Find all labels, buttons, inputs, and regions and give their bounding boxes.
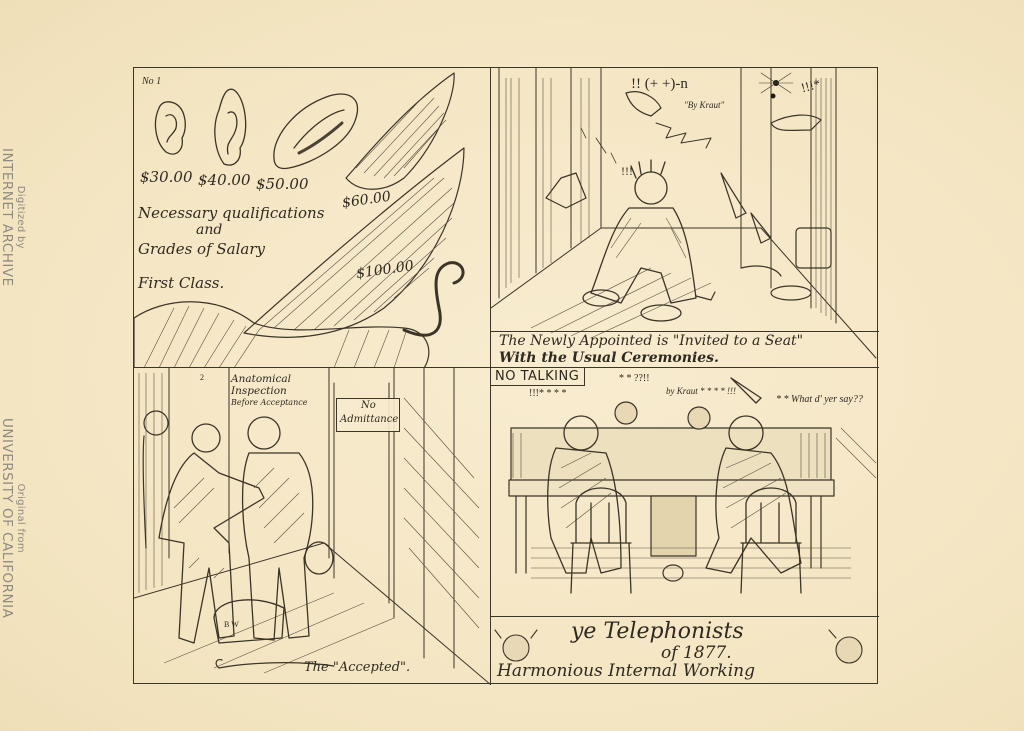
watermark-internet-archive-label: INTERNET ARCHIVE xyxy=(0,148,15,287)
ear-donkey-60-icon xyxy=(346,73,454,189)
ear-small-icon xyxy=(155,102,185,154)
sign-left-line3: Before Acceptance xyxy=(231,398,307,407)
panel-invited-to-seat: !! (+ +)-n "By Kraut" !!! !!!* The Newly… xyxy=(491,68,879,368)
sign-right-line2: Admittance xyxy=(340,414,398,425)
sign-no-admittance: No Admittance xyxy=(336,398,400,432)
fallen-man-drawing xyxy=(583,160,715,321)
panel-number: No 1 xyxy=(142,76,161,87)
bag-letters: B W xyxy=(224,620,239,629)
price-30: $30.00 xyxy=(140,168,193,186)
first-class-text: First Class. xyxy=(138,274,224,292)
sign-left-line1: Anatomical xyxy=(231,373,291,385)
accepted-man-drawing xyxy=(243,417,333,640)
exclaim-middle: * * ??!! xyxy=(619,373,650,384)
what-d-yer-say: * * What d' yer say?? xyxy=(776,394,863,405)
exclaim-small: !!! xyxy=(621,164,633,179)
flying-shoe-icon xyxy=(626,92,661,116)
panel4-title-strip: ye Telephonists of 1877. Harmonious Inte… xyxy=(491,616,879,685)
corridor-scene-drawing xyxy=(491,68,879,368)
watermark-internet-archive: Digitized by INTERNET ARCHIVE xyxy=(0,148,26,287)
watermark-university-label: UNIVERSITY OF CALIFORNIA xyxy=(0,418,15,618)
telephonists-year: of 1877. xyxy=(661,643,732,663)
panel2-caption: The Newly Appointed is "Invited to a Sea… xyxy=(491,331,879,368)
exclaim-top: !! (+ +)-n xyxy=(631,76,688,93)
grades-of-salary-text: Grades of Salary xyxy=(138,240,265,258)
sign-anatomical-inspection: Anatomical Inspection Before Acceptance xyxy=(229,373,319,417)
by-kraut-label: by Kraut * * * * !!! xyxy=(666,386,736,396)
scanned-page: Digitized by INTERNET ARCHIVE Original f… xyxy=(0,0,1024,731)
panel-accepted: Anatomical Inspection Before Acceptance … xyxy=(134,368,491,685)
sign-left-line2: Inspection xyxy=(231,385,287,397)
panel-telephonists: NO TALKING !!!* * * * * * ??!! by Kraut … xyxy=(491,368,879,685)
exclaim-left: !!!* * * * xyxy=(529,388,567,399)
flying-boot-icon xyxy=(546,173,586,208)
price-50: $50.00 xyxy=(256,175,309,193)
peeking-man-drawing xyxy=(143,411,168,548)
flying-horn-icon xyxy=(771,115,821,130)
qualifications-text: Necessary qualifications xyxy=(138,204,324,222)
panel-salary-ears: No 1 $30.00 $40.00 $50.00 $60.00 $100.00… xyxy=(134,68,491,368)
watermark-digitized-by: Digitized by xyxy=(15,148,26,287)
illustration-plate: No 1 $30.00 $40.00 $50.00 $60.00 $100.00… xyxy=(133,67,878,684)
ear-medium-icon xyxy=(215,89,246,165)
telephonist-middle-drawing xyxy=(615,402,710,429)
door-number: 2 xyxy=(200,373,204,382)
and-text: and xyxy=(196,222,222,238)
telephonists-subtitle: Harmonious Internal Working xyxy=(497,661,755,681)
sign-right-line1: No xyxy=(361,400,376,411)
flying-horn-small-icon xyxy=(741,266,781,276)
hat-on-floor-icon xyxy=(771,286,811,300)
accepted-caption: The "Accepted". xyxy=(304,660,410,675)
watermark-original-from: Original from xyxy=(15,418,26,618)
flying-trumpet-icon xyxy=(721,173,746,218)
caption-line2: With the Usual Ceremonies. xyxy=(499,350,719,366)
no-talking-sign: NO TALKING xyxy=(491,368,585,386)
price-40: $40.00 xyxy=(198,171,251,189)
telephonists-title: ye Telephonists xyxy=(571,619,744,644)
ear-large-icon xyxy=(274,94,358,168)
watermark-university-of-california: Original from UNIVERSITY OF CALIFORNIA xyxy=(0,418,26,618)
spittoon-icon xyxy=(663,565,683,581)
telephone-desk-drawing xyxy=(509,428,834,573)
caption-line1: The Newly Appointed is "Invited to a Sea… xyxy=(499,333,803,349)
by-kraut-label: "By Kraut" xyxy=(684,100,724,110)
